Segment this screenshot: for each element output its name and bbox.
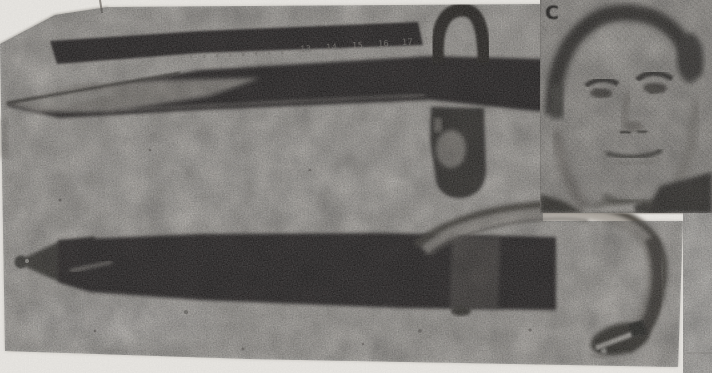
page-grain (0, 0, 712, 373)
photo-canvas: 13 14 15 16 17 18 (0, 0, 712, 373)
newspaper-clipping: 13 14 15 16 17 18 (0, 0, 712, 373)
